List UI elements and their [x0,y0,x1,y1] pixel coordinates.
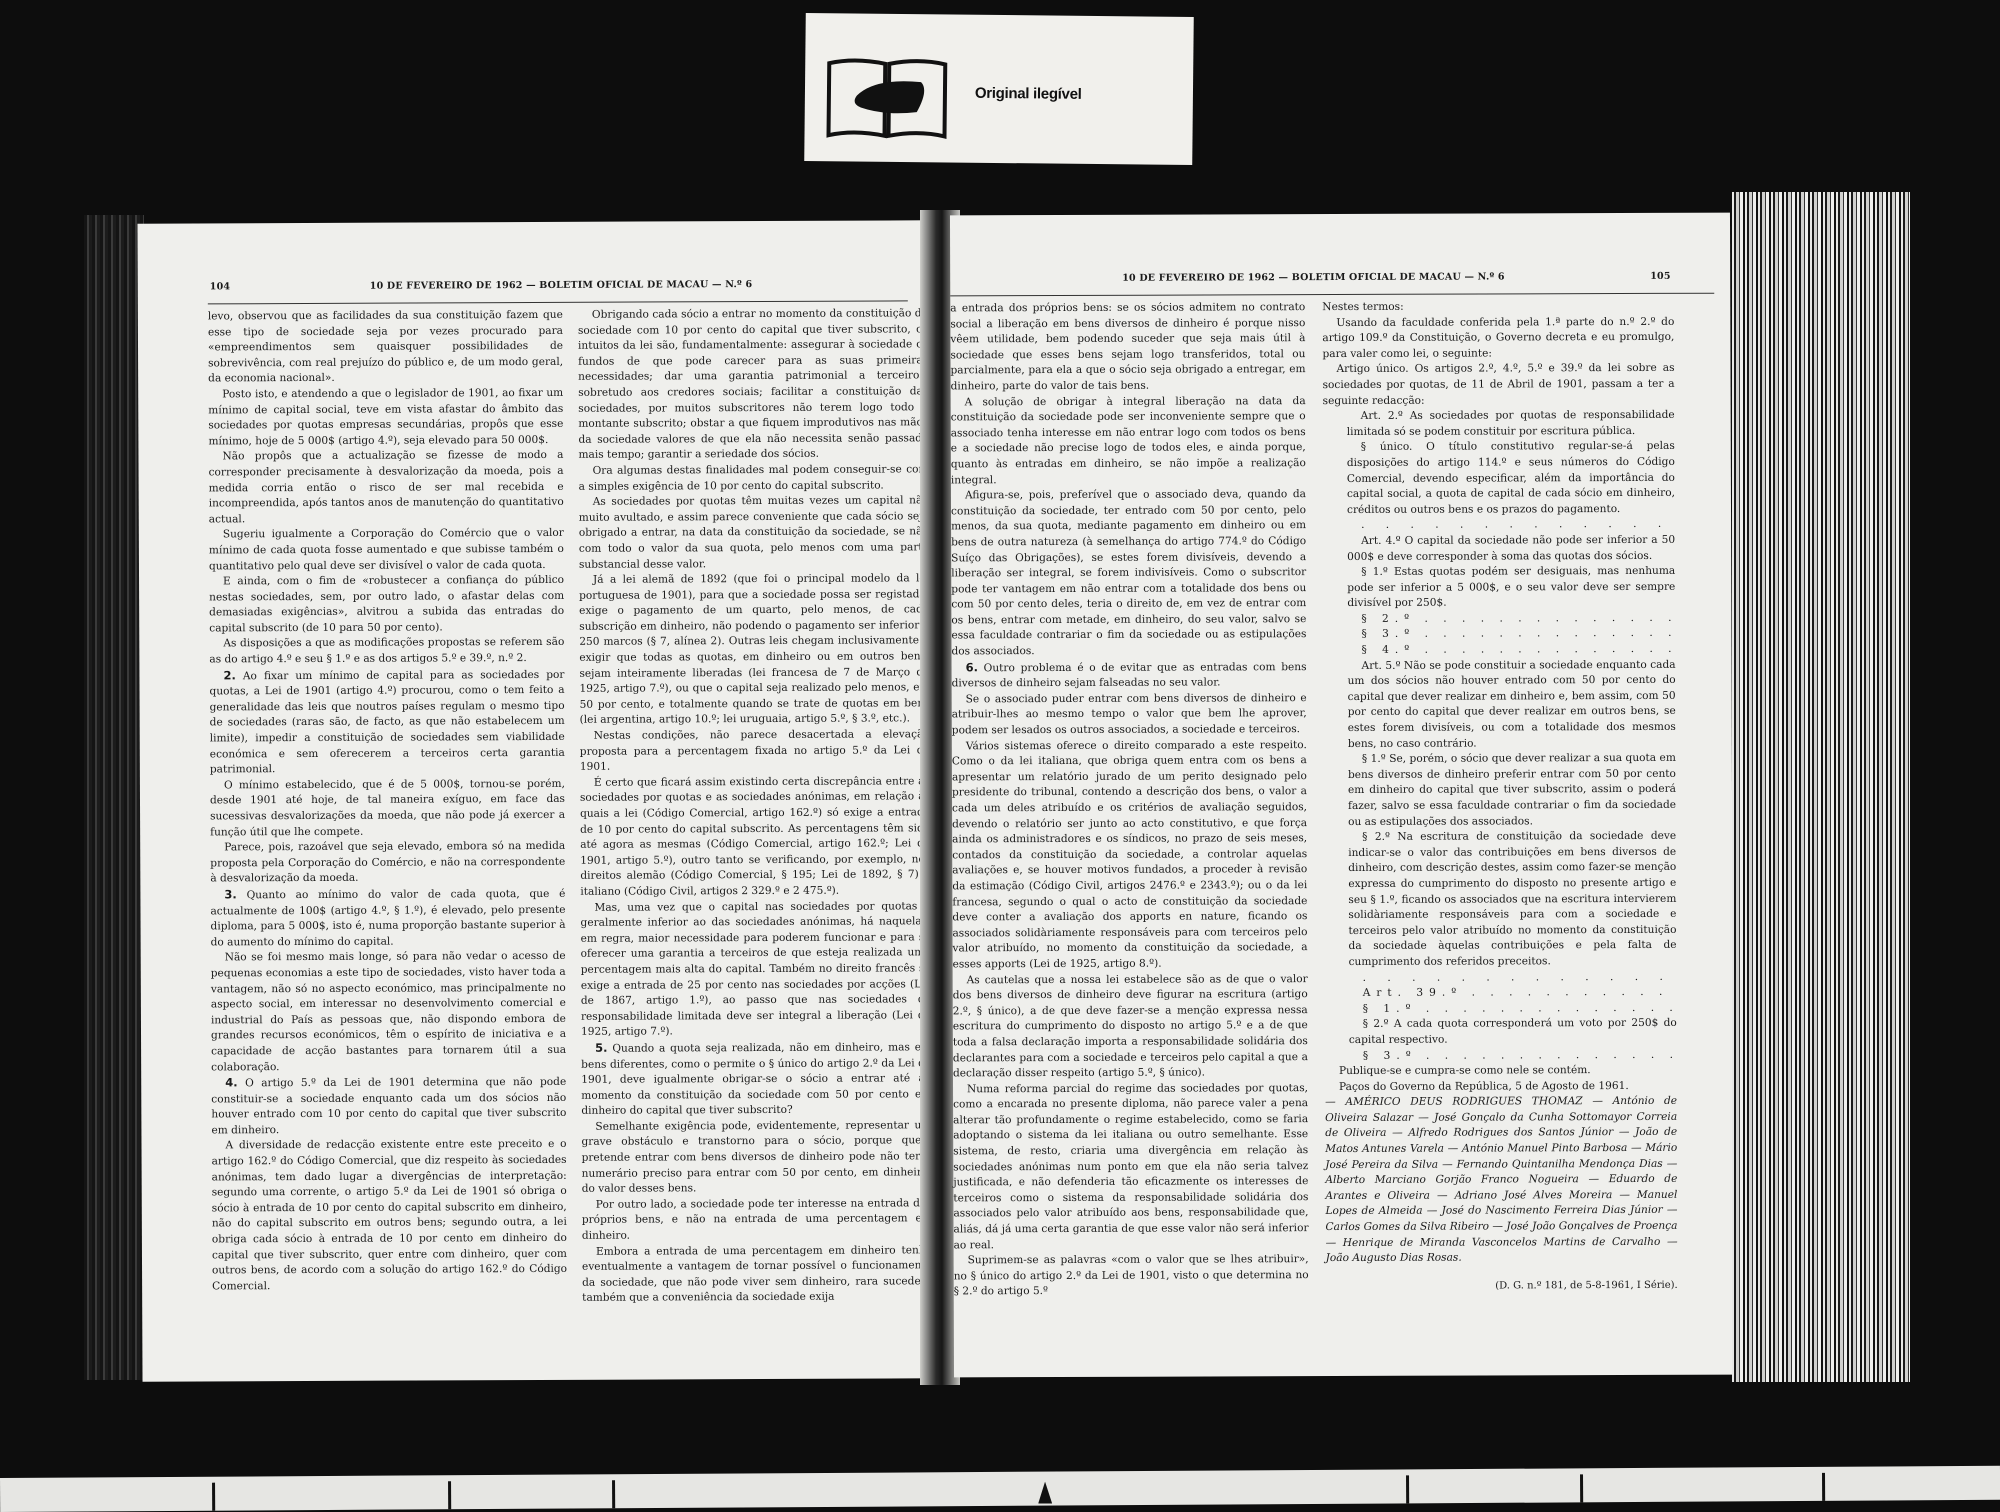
paragraph: A solução de obrigar à integral liberaçã… [951,394,1306,489]
paragraph: Parece, pois, razoável que seja elevado,… [210,839,565,887]
section-number: 4. [225,1075,237,1089]
right-page-column-1: a entrada dos próprios bens: se os sócio… [950,300,1308,1300]
paragraph: Suprimem-se as palavras «com o valor que… [954,1252,1309,1300]
paragraph: Já a lei alemã de 1892 (que foi o princi… [579,571,930,728]
paragraph: Sugeriu igualmente a Corporação do Comér… [209,526,564,574]
paragraph: Paços do Governo da República, 5 de Agos… [1325,1079,1677,1096]
paragraph: § 1.º Estas quotas podém ser desiguais, … [1323,564,1675,612]
paragraph: Art. 5.º Não se pode constituir a socied… [1324,657,1676,752]
paragraph: 6. Outro problema é o de evitar que as e… [952,659,1307,692]
paragraph: Nestas condições, não parece desacertada… [580,727,930,775]
paragraph: § 2.º Na escritura de constituição da so… [1324,829,1676,971]
section-number: 5. [595,1041,607,1055]
header-rule [950,293,1714,297]
paragraph: 3. Quanto ao mínimo do valor de cada quo… [210,886,565,951]
paragraph: Art. 4.º O capital da sociedade não pode… [1323,533,1675,565]
illegible-original-text: Original ilegível [975,85,1082,103]
paragraph: As disposições a que as modificações pro… [209,635,564,668]
paragraph: § 1.º Se, porém, o sócio que dever reali… [1324,751,1676,830]
omitted-section: § 3.º . . . . . . . . . . . . . . . . . … [1325,1047,1677,1064]
paragraph: Ora algumas destas finalidades mal podem… [579,462,929,495]
paragraph: As sociedades por quotas têm muitas veze… [579,493,929,572]
page-number: 104 [210,281,230,292]
paragraph: (D. G. n.º 181, de 5-8-1961, I Série). [1326,1278,1678,1295]
running-head-left: 104 10 DE FEVEREIRO DE 1962 — BOLETIM OF… [138,278,928,301]
paragraph: a entrada dos próprios bens: se os sócio… [950,300,1305,395]
paragraph: Afigura-se, pois, preferível que o assoc… [951,487,1307,660]
paragraph: 5. Quando a quota seja realizada, não em… [581,1039,931,1119]
film-bottom-strip [0,1466,2000,1512]
paragraph: Semelhante exigência pode, evidentemente… [581,1118,931,1197]
header-rule [208,300,908,304]
paragraph: E ainda, com o fim de «robustecer a conf… [209,573,564,637]
paragraph: Por outro lado, a sociedade pode ter int… [582,1196,932,1244]
left-page: 104 10 DE FEVEREIRO DE 1962 — BOLETIM OF… [137,220,932,1381]
right-page: 10 DE FEVEREIRO DE 1962 — BOLETIM OFICIA… [950,213,1734,1378]
paragraph: Usando da faculdade conferida pela 1.ª p… [1322,314,1674,362]
paragraph: Não se foi mesmo mais longe, só para não… [211,949,567,1075]
paragraph: Nestes termos: [1322,299,1674,316]
illegible-original-label: Original ilegível [804,13,1194,165]
omitted-section: § 4.º . . . . . . . . . . . . . . . . . … [1323,642,1675,659]
running-head-title: 10 DE FEVEREIRO DE 1962 — BOLETIM OFICIA… [1122,271,1505,283]
paragraph: Numa reforma parcial do regime das socie… [953,1081,1309,1254]
paragraph: 2. Ao fixar um mínimo de capital para as… [209,667,564,779]
section-number: 2. [223,668,235,682]
paragraph: Mas, uma vez que o capital nas sociedade… [580,899,931,1041]
right-page-column-2: Nestes termos:Usando da faculdade confer… [1322,299,1677,1295]
omitted-section: § 2.º . . . . . . . . . . . . . . . . . … [1323,611,1675,628]
omitted-section: § 3.º . . . . . . . . . . . . . . . . . … [1323,626,1675,643]
paragraph: Se o associado puder entrar com bens div… [952,691,1307,739]
section-number: 6. [966,660,978,674]
book-page-edges [1732,192,1910,1382]
paragraph: É certo que ficará assim existindo certa… [580,774,931,900]
paragraph: A diversidade de redacção existente entr… [211,1137,567,1294]
left-page-column-1: levo, observou que as facilidades da sua… [208,308,567,1295]
paragraph: As cautelas que a nossa lei estabelece s… [953,972,1308,1082]
book-left-edge [84,215,144,1380]
section-number: 3. [224,887,236,901]
paragraph: § 2.º A cada quota corresponderá um voto… [1325,1016,1677,1048]
paragraph: Obrigando cada sócio a entrar no momento… [578,306,929,463]
paragraph: 4. O artigo 5.º da Lei de 1901 determina… [211,1074,566,1139]
paragraph: Artigo único. Os artigos 2.º, 4.º, 5.º e… [1322,361,1674,409]
paragraph: Não propôs que a actualização se fizesse… [208,448,563,528]
omitted-section: § 1.º . . . . . . . . . . . . . . . . . … [1325,1001,1677,1018]
paragraph: O mínimo estabelecido, que é de 5 000$, … [210,777,565,841]
omitted-section: . . . . . . . . . . . . . . . . . . . . … [1323,517,1675,534]
paragraph: § único. O título constitutivo regular-s… [1323,439,1675,518]
paragraph: levo, observou que as facilidades da sua… [208,308,563,388]
omitted-section: . . . . . . . . . . . . . . . . . . . . … [1325,969,1677,986]
open-book-ink-blot-icon [824,53,949,140]
omitted-section: Art. 39.º . . . . . . . . . . . . . . . … [1325,985,1677,1002]
paragraph: Vários sistemas oferece o direito compar… [952,738,1308,973]
page-number: 105 [1650,271,1670,282]
paragraph: Publique-se e cumpra-se como nele se con… [1325,1063,1677,1080]
running-head-right: 10 DE FEVEREIRO DE 1962 — BOLETIM OFICIA… [950,271,1730,294]
paragraph: Posto isto, e atendendo a que o legislad… [208,386,563,450]
paragraph: — AMÉRICO DEUS RODRIGUES THOMAZ — Antóni… [1325,1094,1678,1267]
paragraph: Embora a entrada de uma percentagem em d… [582,1243,932,1307]
running-head-title: 10 DE FEVEREIRO DE 1962 — BOLETIM OFICIA… [370,279,753,292]
left-page-column-2: Obrigando cada sócio a entrar no momento… [578,306,932,1307]
paragraph: Art. 2.º As sociedades por quotas de res… [1323,408,1675,440]
